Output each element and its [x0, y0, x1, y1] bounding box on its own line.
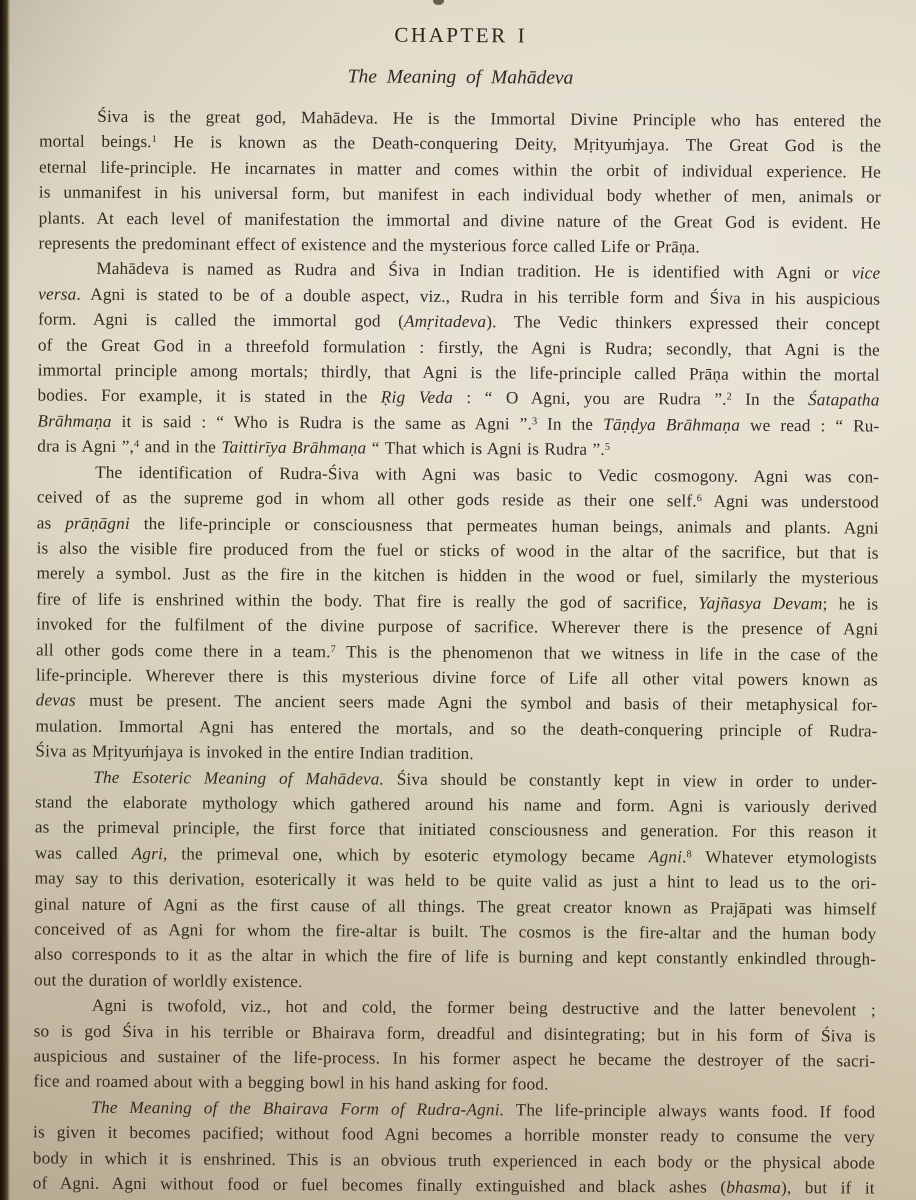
paragraph: The identification of Rudra-Śiva with Ag…	[35, 459, 879, 769]
chapter-heading: CHAPTERI	[40, 19, 882, 50]
paragraph: Śiva is the great god, Mahādeva. He is t…	[38, 103, 881, 261]
paragraph: Agni is twofold, viz., hot and cold, the…	[33, 993, 876, 1100]
paragraph: Mahādeva is named as Rudra and Śiva in I…	[37, 256, 880, 464]
body-text: Śiva is the great god, Mahādeva. He is t…	[33, 103, 882, 1200]
photo-left-edge-shadow	[0, 0, 10, 1200]
chapter-subtitle: The Meaning of Mahādeva	[39, 62, 881, 93]
chapter-heading-word: CHAPTER	[394, 23, 507, 48]
paragraph: The Esoteric Meaning of Mahādeva. Śiva s…	[34, 764, 877, 998]
book-page-photo: CHAPTERI The Meaning of Mahādeva Śiva is…	[0, 0, 916, 1200]
paragraph: The Meaning of the Bhairava Form of Rudr…	[33, 1094, 876, 1200]
page-content: CHAPTERI The Meaning of Mahādeva Śiva is…	[0, 0, 916, 1200]
text-line: of Agni. Agni without food or fuel becom…	[33, 1170, 875, 1200]
chapter-number: I	[508, 23, 528, 47]
